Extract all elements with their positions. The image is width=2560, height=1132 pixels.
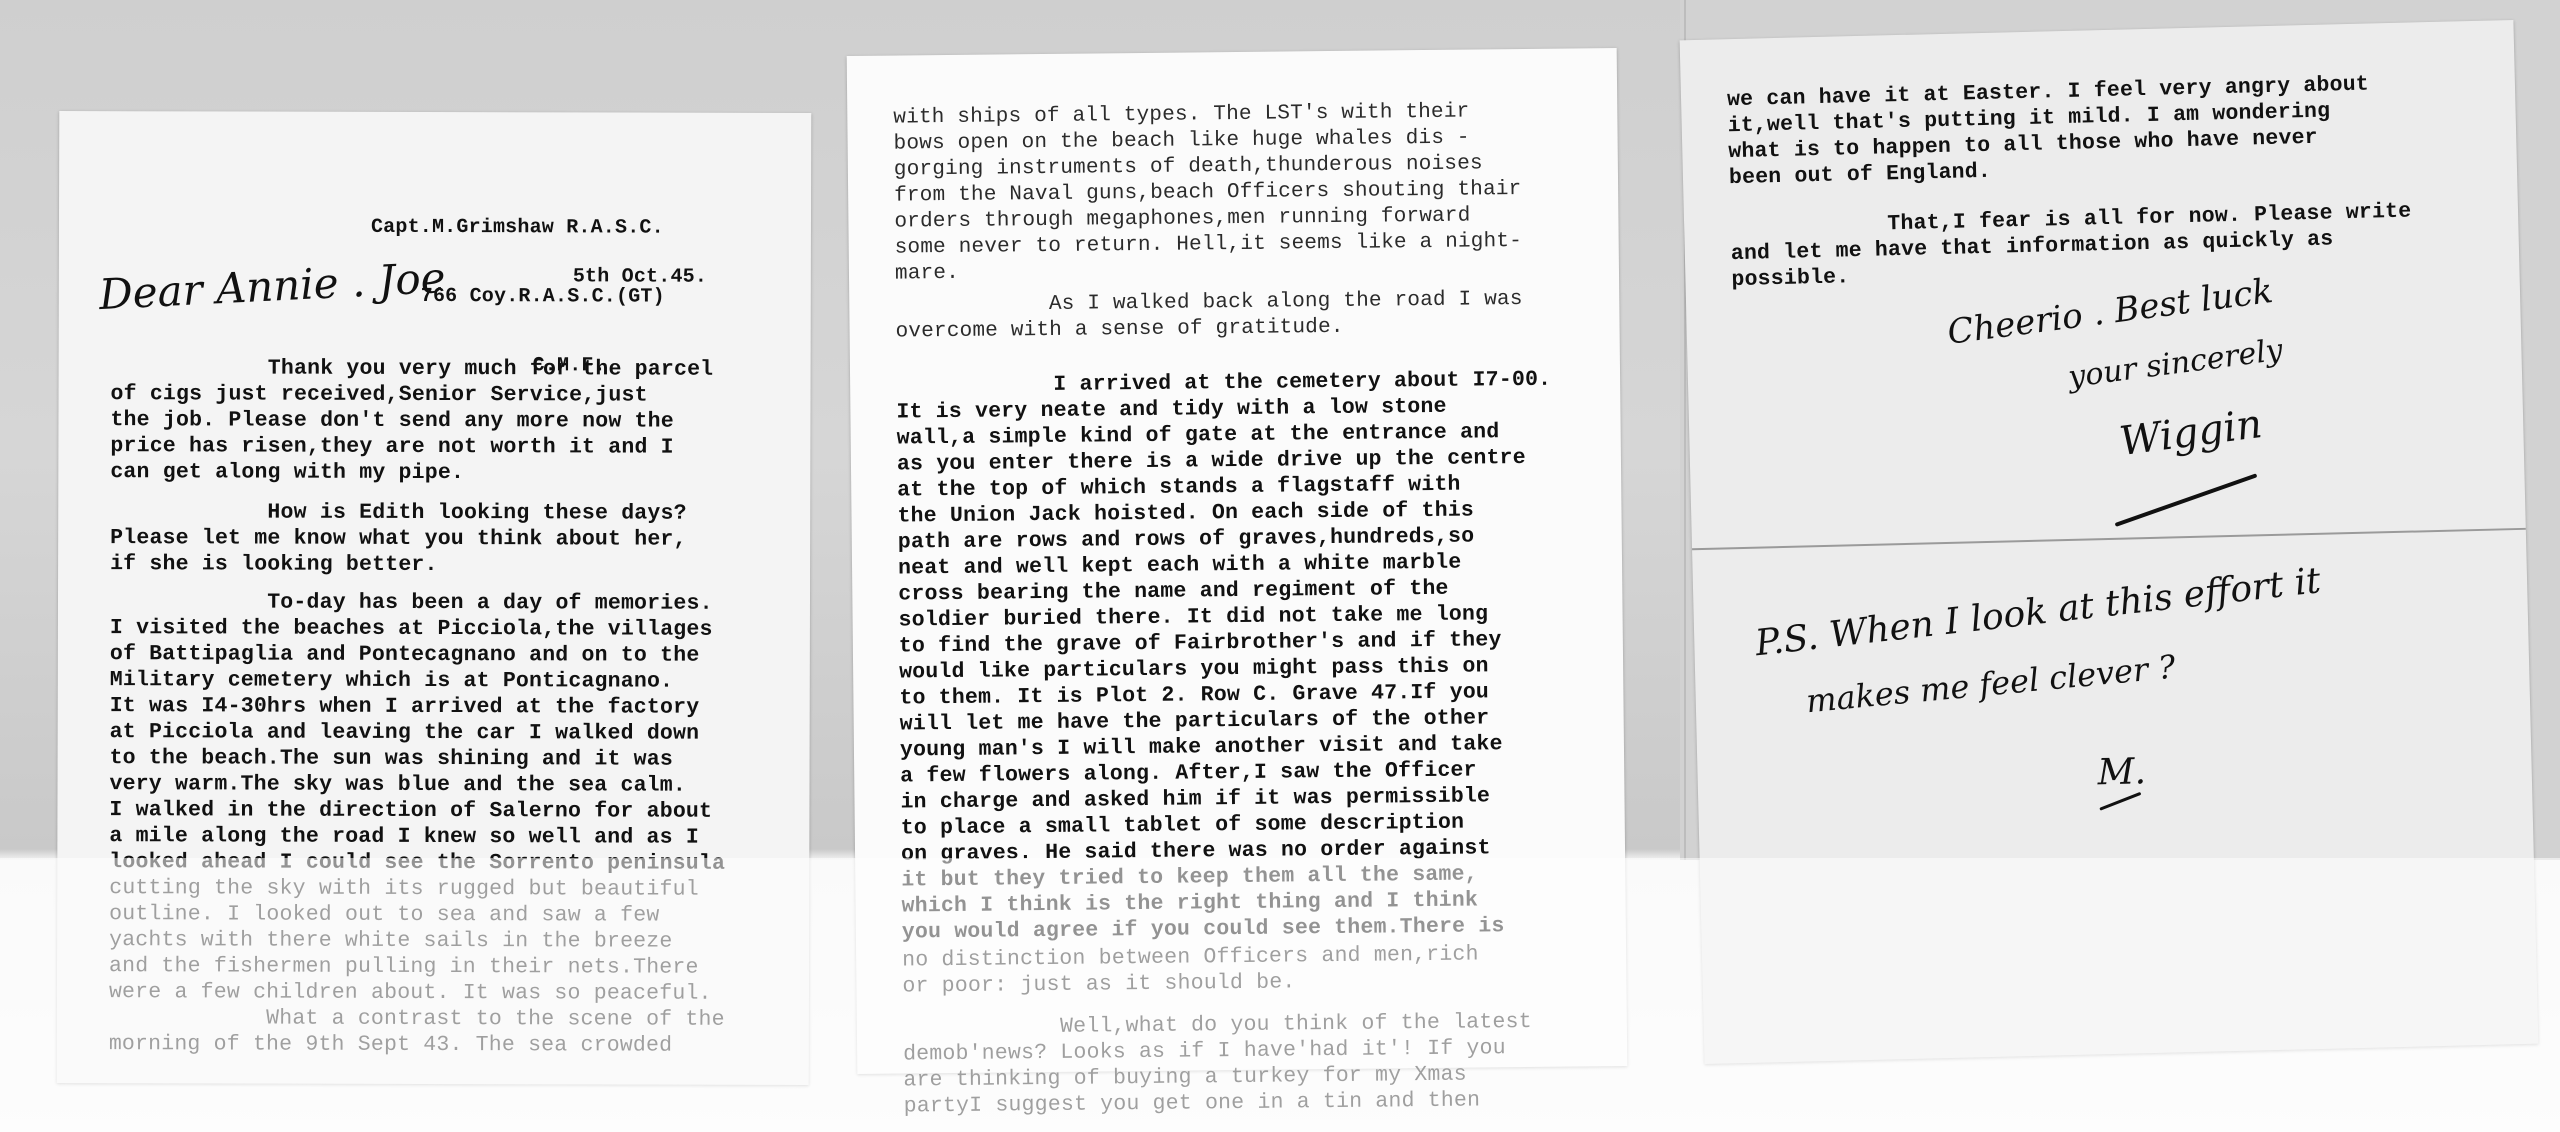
letter-date: 5th Oct.45.: [573, 264, 707, 290]
paragraph-gratitude: As I walked back along the road I was ov…: [895, 287, 1523, 346]
handwritten-closing-line-2: your sincerely: [2066, 333, 2284, 395]
paragraph-distinction: no distinction between Officers and men,…: [902, 941, 1479, 999]
paragraph-demob: Well,what do you think of the latest dem…: [903, 1009, 1533, 1120]
letter-page-1: Capt.M.Grimshaw R.A.S.C. 766 Coy.R.A.S.C…: [57, 111, 812, 1085]
paragraph-closing: That,I fear is all for now. Please write…: [1730, 199, 2413, 294]
handwritten-postscript-line-2: makes me feel clever ?: [1804, 648, 2177, 721]
paragraph-memories: To-day has been a day of memories. I vis…: [109, 589, 726, 877]
ps-initials-underline: [2099, 792, 2141, 811]
paragraph-edith: How is Edith looking these days? Please …: [110, 499, 687, 579]
paragraph-easter: we can have it at Easter. I feel very an…: [1727, 72, 2371, 192]
letter-page-2: with ships of all types. The LST's with …: [847, 48, 1628, 1074]
paragraph-peaceful: cutting the sky with its rugged but beau…: [109, 875, 725, 1059]
paper-fold-line: [1692, 528, 2526, 550]
handwritten-signature: Wiggin: [2117, 401, 2265, 465]
paragraph-landing: with ships of all types. The LST's with …: [893, 99, 1522, 288]
paragraph-thanks: Thank you very much for the parcel of ci…: [110, 355, 713, 487]
letter-page-3: we can have it at Easter. I feel very an…: [1680, 20, 2539, 1064]
handwritten-postscript-line-1: P.S. When I look at this effort it: [1753, 560, 2323, 664]
handwritten-ps-initials: M.: [2097, 751, 2146, 793]
signature-underline: [2115, 473, 2258, 527]
sender-name: Capt.M.Grimshaw R.A.S.C.: [371, 216, 665, 240]
paragraph-cemetery: I arrived at the cemetery about I7-00. I…: [896, 367, 1557, 946]
